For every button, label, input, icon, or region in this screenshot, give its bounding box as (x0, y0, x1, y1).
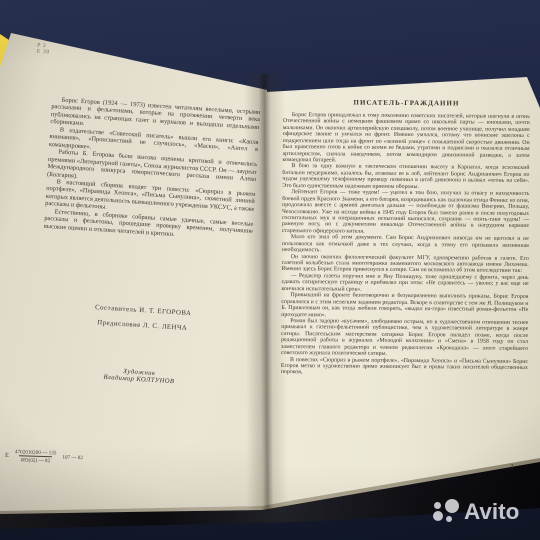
catalog-code: Е 4702010200 — 135 083(02) — 82 107 — 82 (5, 448, 83, 466)
body-paragraph: — Редактор газеты поручил мне и Яну Поли… (281, 273, 528, 294)
page-number: 3 (510, 463, 514, 471)
book-photo: Р 2 Е 30 Борис Егоров (1924 — 1973) изве… (0, 0, 540, 540)
body-paragraph: В бою за одну важную в тактическом отнош… (282, 163, 529, 191)
avito-dot-icon (433, 511, 443, 521)
catalog-fraction: 4702010200 — 135 083(02) — 82 (13, 448, 59, 465)
body-paragraph: В повестях «Сюрприз в рыжем портфеле», «… (281, 357, 528, 378)
body-paragraph: Лейтенант Егоров — тоже чудом! — уцелел … (282, 189, 529, 236)
catalog-suffix: 107 — 82 (62, 454, 83, 461)
body-paragraph: Привыкший на фронте безоговорочно и безу… (281, 292, 528, 320)
avito-wordmark: Avito (464, 499, 519, 525)
right-page-text: ПИСАТЕЛЬ-ГРАЖДАНИН Борис Егоров принадле… (281, 100, 530, 378)
body-paragraph: Роман был задорно «кусачим», злободневно… (281, 318, 528, 359)
body-paragraph: Мало кто знал об этом документе. Сам Бор… (282, 234, 529, 255)
avito-dot-icon (434, 502, 441, 509)
avito-dot-icon (445, 499, 459, 513)
library-stamp: Р 2 Е 30 (37, 43, 50, 56)
left-page-text: Борис Егоров (1924 — 1973) известен чита… (34, 96, 260, 390)
avito-logo-icon (433, 499, 461, 525)
catalog-letter: Е (5, 453, 9, 459)
body-paragraph: Борис Егоров принадлежал к тому поколени… (283, 112, 530, 165)
catalog-denominator: 083(02) — 82 (19, 455, 53, 464)
avito-dot-icon (446, 516, 452, 522)
avito-watermark: Avito (433, 499, 519, 525)
chapter-title: ПИСАТЕЛЬ-ГРАЖДАНИН (283, 100, 530, 108)
stamp-line: Е 30 (37, 49, 50, 56)
body-paragraph: Он заочно окончил филологический факульт… (282, 254, 529, 275)
credits-block: Составитель И. Т. ЕГОРОВА Предисловие Л.… (37, 297, 247, 340)
